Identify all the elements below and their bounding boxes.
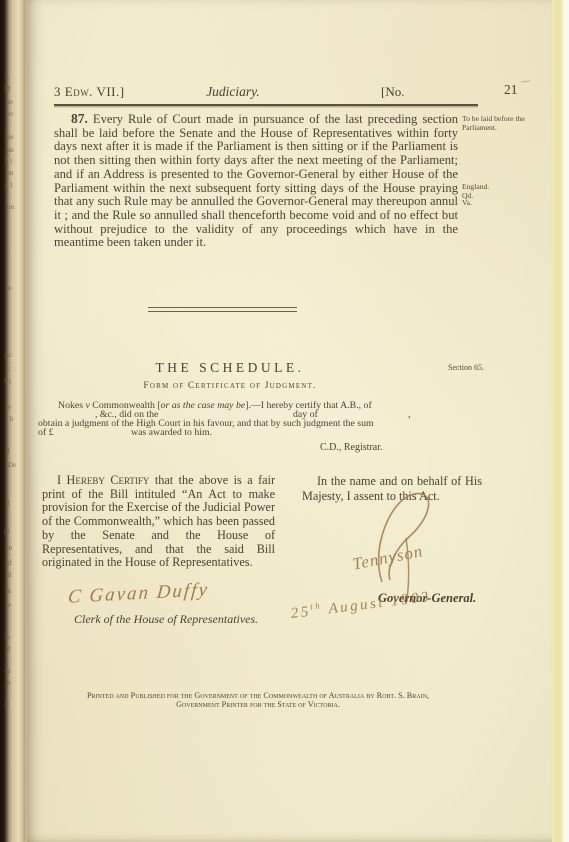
section-87-paragraph: 87. Every Rule of Court made in pursuanc… — [54, 112, 458, 250]
edge-text-fragment: b — [7, 680, 11, 687]
edge-text-fragment: h i — [5, 158, 12, 165]
schedule-section-reference: Section 65. — [448, 363, 484, 372]
margin-note-victoria: Va. — [462, 199, 554, 208]
certificate-form-line-4a: of £ — [38, 428, 54, 438]
edge-text-fragment: d — [8, 572, 12, 579]
section-divider-rule — [148, 307, 297, 312]
edge-text-fragment: er — [5, 668, 10, 675]
edge-text-fragment: E — [5, 702, 9, 709]
edge-text-fragment: er — [8, 111, 13, 118]
header-regnal-year: 3 Edw. VII.] — [54, 84, 125, 100]
registrar-signature-line: C.D., Registrar. — [320, 442, 383, 453]
certificate-form-line-2c: , — [408, 410, 410, 420]
edge-text-fragment: m — [7, 545, 12, 552]
edge-text-fragment: m — [6, 588, 11, 595]
background-margin — [563, 0, 569, 842]
edge-text-fragment: te — [8, 99, 13, 106]
edge-text-fragment: is — [5, 634, 10, 641]
edge-text-fragment: e — [8, 602, 11, 609]
certificate-form-line-4b: was awarded to him. — [131, 428, 212, 438]
cert-lead: I — [57, 473, 67, 487]
edge-text-fragment: d — [6, 500, 10, 507]
edge-text-fragment: d — [7, 646, 11, 653]
edge-text-fragment: e — [8, 404, 11, 411]
edge-text-fragment: on — [7, 204, 14, 211]
printer-imprint: Printed and Published for the Government… — [48, 691, 468, 710]
header-act-short-title: Judiciary. — [168, 84, 298, 100]
edge-text-fragment: m — [6, 285, 11, 292]
header-number-bracket: [No. — [381, 84, 404, 100]
edge-text-fragment: of — [6, 560, 12, 567]
page-number: 21 — [504, 82, 518, 98]
clerk-title-line: Clerk of the House of Representatives. — [74, 612, 258, 627]
hereby-certify-smallcaps: Hereby Certify — [67, 473, 150, 487]
margin-note-laid-before-parliament: To be laid before the Parliament. — [462, 115, 554, 132]
edge-text-fragment: h ( — [4, 378, 12, 385]
section-number: 87. — [71, 111, 88, 126]
margin-note-england: England. — [462, 183, 554, 192]
edge-text-fragment: M — [4, 86, 10, 93]
edge-text-fragment: pt — [4, 528, 9, 535]
header-rule — [54, 104, 478, 106]
edge-text-fragment: b — [10, 416, 14, 423]
section-87-text: Every Rule of Court made in pursuance of… — [54, 112, 458, 249]
as-the-case-may-be-italic: or as the case may be — [161, 400, 246, 411]
edge-text-fragment: d — [6, 448, 10, 455]
date-day: 25 — [290, 604, 312, 622]
edge-text-fragment: Ac — [4, 352, 12, 359]
edge-text-fragment: m — [8, 170, 13, 177]
imprint-line-1: Printed and Published for the Government… — [48, 691, 468, 700]
page-edge-fragments: t.Mteerfeeanh ims 1onmAcr:h (ebdDedptmof… — [0, 0, 30, 842]
edge-text-fragment: t. — [6, 73, 10, 80]
schedule-title: THE SCHEDULE. — [90, 360, 370, 376]
edge-text-fragment: s 1 — [5, 182, 13, 189]
edge-text-fragment: fee — [5, 134, 14, 141]
cert-body: that the above is a fair print of the Bi… — [42, 473, 275, 569]
case-name-part: Nokes — [58, 400, 85, 411]
edge-text-fragment: r: — [6, 366, 10, 373]
edge-text-fragment: De — [8, 462, 16, 469]
imprint-line-2: Government Printer for the State of Vict… — [48, 700, 468, 709]
edge-text-fragment: an — [7, 147, 14, 154]
schedule-subtitle: Form of Certificate of Judgment. — [60, 381, 400, 391]
clerk-certification-paragraph: I Hereby Certify that the above is a fai… — [42, 474, 275, 570]
